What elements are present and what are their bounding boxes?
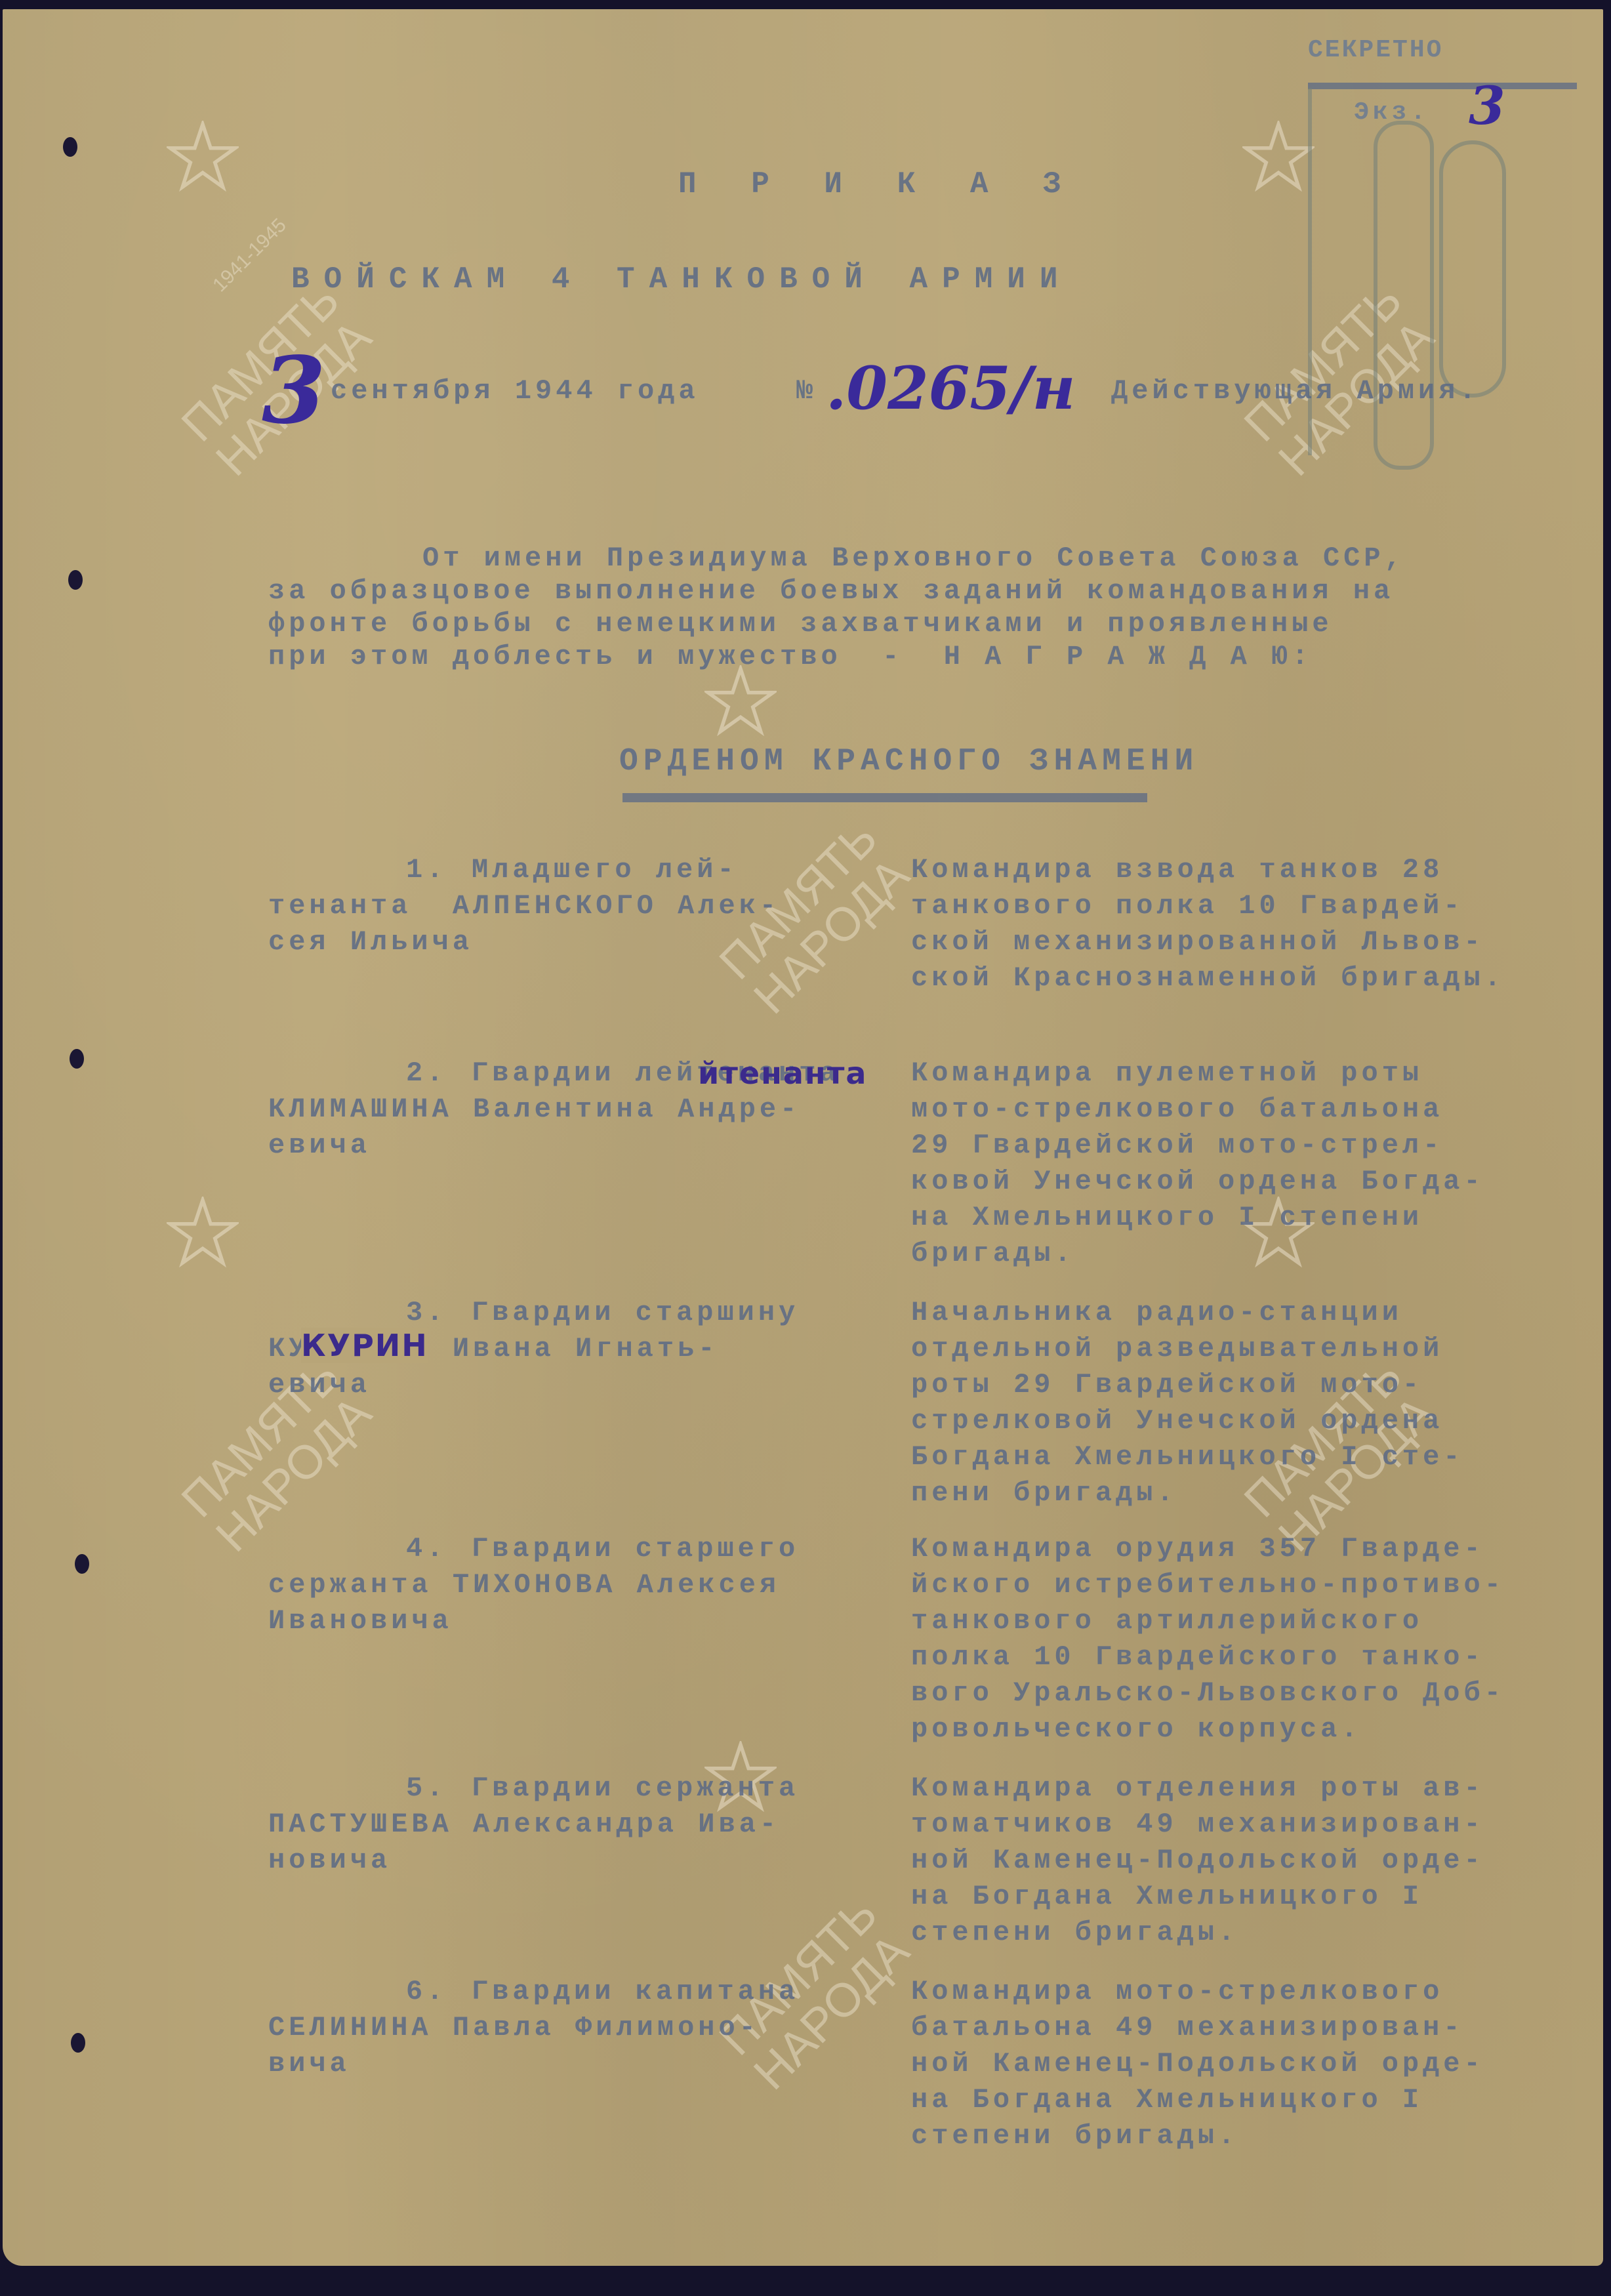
stamp-line <box>1308 83 1577 89</box>
entry-position-line: ной Каменец-Подольской орде- <box>911 2046 1484 2082</box>
entry-name-line: сея Ильича <box>268 924 473 960</box>
entry-position-line: Командира орудия 357 Гварде- <box>911 1531 1484 1567</box>
entry-position-line: вого Уральско-Львовского Доб- <box>911 1675 1505 1712</box>
location: Действующая Армия. <box>1111 373 1480 409</box>
entry-name-line: Гвардии старшину <box>472 1295 799 1331</box>
binder-hole <box>75 1554 89 1574</box>
entry-position-line: на Богдана Хмельницкого I <box>911 1879 1423 1915</box>
entry-name-line: КЛИМАШИНА Валентина Андре- <box>268 1092 800 1128</box>
entry-position-line: ковой Унечской ордена Богда- <box>911 1164 1484 1200</box>
entry-name-line: вича <box>268 2046 350 2082</box>
entry-position-line: ной Каменец-Подольской орде- <box>911 1843 1484 1879</box>
date-line: сентября 1944 года <box>331 373 699 409</box>
preamble-line: при этом доблесть и мужество - Н А Г Р А… <box>268 639 1312 675</box>
document-subtitle: ВОЙСКАМ 4 ТАНКОВОЙ АРМИИ <box>291 262 1072 298</box>
correction-stamp: КУРИН <box>301 1328 428 1363</box>
entry-name-line: Ивановича <box>268 1603 453 1639</box>
entry-position-line: Командира взвода танков 28 <box>911 852 1443 888</box>
entry-name-line: евича <box>268 1128 371 1164</box>
entry-name-line: сержанта ТИХОНОВА Алексея <box>268 1567 780 1603</box>
entry-name-line: Младшего лей- <box>472 852 738 888</box>
preamble-line: От имени Президиума Верховного Совета Со… <box>422 541 1405 577</box>
entry-position-line: на Богдана Хмельницкого I <box>911 2082 1423 2118</box>
star-watermark-icon <box>167 121 239 193</box>
entry-position-line: Командира отделения роты ав- <box>911 1771 1484 1807</box>
entry-name-line: Гвардии сержанта <box>472 1771 799 1807</box>
binder-hole <box>68 570 83 590</box>
entry-position-line: пени бригады. <box>911 1475 1177 1511</box>
binder-hole <box>71 2033 85 2053</box>
binder-hole <box>70 1049 84 1069</box>
award-heading: ОРДЕНОМ КРАСНОГО ЗНАМЕНИ <box>619 744 1198 780</box>
entry-number: 2. <box>406 1056 447 1092</box>
award-heading-underline <box>622 793 1147 802</box>
entry-position-line: Богдана Хмельницкого I сте- <box>911 1439 1464 1475</box>
entry-name-line: тенанта АЛПЕНСКОГО Алек- <box>268 888 780 924</box>
entry-position-line: танкового полка 10 Гвардей- <box>911 888 1464 924</box>
binder-hole <box>63 137 77 157</box>
entry-position-line: степени бригады. <box>911 1915 1238 1951</box>
entry-position-line: отдельной разведывательной <box>911 1331 1443 1367</box>
classification-stamp: СЕКРЕТНО <box>1308 32 1443 68</box>
preamble-line: фронте борьбы с немецкими захватчиками и… <box>268 606 1333 642</box>
entry-name-line: евича <box>268 1367 371 1403</box>
watermark-years: 1941-1945 <box>199 205 300 306</box>
entry-position-line: полка 10 Гвардейского танко- <box>911 1639 1484 1675</box>
star-watermark-icon <box>1242 121 1315 193</box>
entry-position-line: бригады. <box>911 1236 1075 1272</box>
entry-position-line: роты 29 Гвардейской мото- <box>911 1367 1423 1403</box>
entry-position-line: стрелковой Унечской ордена <box>911 1403 1443 1439</box>
pencil-mark <box>1439 140 1506 398</box>
entry-name-line: новича <box>268 1843 391 1879</box>
entry-name-line: СЕЛИНИНА Павла Филимоно- <box>268 2010 760 2046</box>
document-title: П Р И К А З <box>678 167 1080 203</box>
date-day: 3 <box>262 337 325 445</box>
entry-position-line: танкового артиллерийского <box>911 1603 1423 1639</box>
entry-position-line: ровольческого корпуса. <box>911 1712 1362 1748</box>
entry-position-line: ской механизированной Львов- <box>911 924 1484 960</box>
document-page: ПАМЯТЬ НАРОДА 1941-1945 ПАМЯТЬ НАРОДА ПА… <box>3 9 1603 2266</box>
correction-stamp: йтенанта <box>698 1056 867 1091</box>
entry-name-line: Гвардии капитана <box>472 1974 799 2010</box>
entry-number: 6. <box>406 1974 447 2010</box>
entry-number: 5. <box>406 1771 447 1807</box>
star-watermark-icon <box>704 665 777 737</box>
entry-position-line: степени бригады. <box>911 2118 1238 2154</box>
preamble-line: за образцовое выполнение боевых заданий … <box>268 573 1394 609</box>
entry-position-line: йского истребительно-противо- <box>911 1567 1505 1603</box>
pencil-mark <box>1374 121 1434 470</box>
entry-position-line: Командира пулеметной роты <box>911 1056 1423 1092</box>
entry-number: 4. <box>406 1531 447 1567</box>
entry-position-line: ской Краснознаменной бригады. <box>911 960 1505 996</box>
entry-number: 3. <box>406 1295 447 1331</box>
entry-position-line: Командира мото-стрелкового <box>911 1974 1443 2010</box>
entry-position-line: 29 Гвардейской мото-стрел- <box>911 1128 1443 1164</box>
order-number: .0265/н <box>826 354 1075 423</box>
entry-name-line: ПАСТУШЕВА Александра Ива- <box>268 1807 780 1843</box>
entry-position-line: батальона 49 механизирован- <box>911 2010 1464 2046</box>
entry-position-line: томатчиков 49 механизирован- <box>911 1807 1484 1843</box>
entry-position-line: мото-стрелкового батальона <box>911 1092 1443 1128</box>
entry-name-line: Гвардии старшего <box>472 1531 799 1567</box>
entry-number: 1. <box>406 852 447 888</box>
order-prefix: № <box>796 373 817 409</box>
star-watermark-icon <box>167 1197 239 1269</box>
entry-position-line: на Хмельницкого I степени <box>911 1200 1423 1236</box>
copy-number: 3 <box>1469 75 1505 136</box>
entry-position-line: Начальника радио-станции <box>911 1295 1402 1331</box>
